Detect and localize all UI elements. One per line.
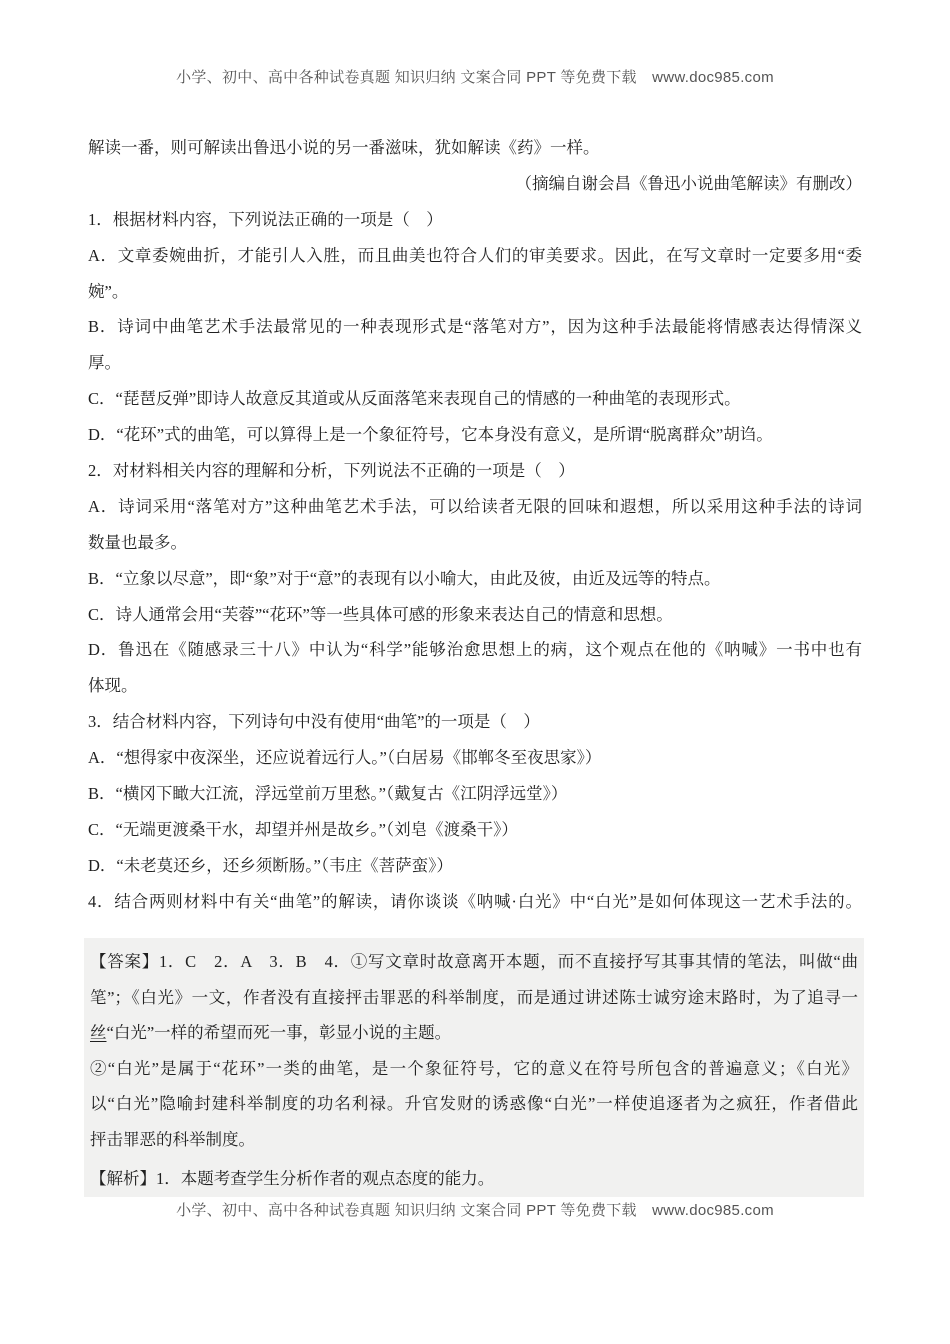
q2-option-a-line1: A．诗词采用“落笔对方”这种曲笔艺术手法，可以给读者无限的回味和遐想，所以采用这… — [88, 489, 862, 525]
q2-option-a-line2: 数量也最多。 — [88, 525, 862, 561]
q3-option-b: B．“横冈下瞰大江流，浮远堂前万里愁。”（戴复古《江阴浮远堂》） — [88, 776, 862, 812]
header-watermark: 小学、初中、高中各种试卷真题 知识归纳 文案合同 PPT 等免费下载 www.d… — [0, 66, 950, 87]
footer-watermark: 小学、初中、高中各种试卷真题 知识归纳 文案合同 PPT 等免费下载 www.d… — [0, 1199, 950, 1220]
analysis-line: 【解析】1．本题考查学生分析作者的观点态度的能力。 — [90, 1161, 858, 1197]
source-attribution: （摘编自谢会昌《鲁迅小说曲笔解读》有删改） — [88, 166, 862, 202]
intro-line: 解读一番，则可解读出鲁迅小说的另一番滋味，犹如解读《药》一样。 — [88, 130, 862, 166]
q2-option-d-line2: 体现。 — [88, 668, 862, 704]
q1-option-a-line1: A．文章委婉曲折，才能引人入胜，而且曲美也符合人们的审美要求。因此，在写文章时一… — [88, 238, 862, 274]
q1-option-b-line2: 厚。 — [88, 345, 862, 381]
q3-option-d: D．“未老莫还乡，还乡须断肠。”（韦庄《菩萨蛮》） — [88, 848, 862, 884]
q4-stem: 4．结合两则材料中有关“曲笔”的解读，请你谈谈《呐喊·白光》中“白光”是如何体现… — [88, 884, 862, 920]
q2-option-b: B．“立象以尽意”，即“象”对于“意”的表现有以小喻大，由此及彼，由近及远等的特… — [88, 561, 862, 597]
answer-line-1: 【答案】1．C 2．A 3．B 4．①写文章时故意离开本题，而不直接抒写其事其情… — [90, 944, 858, 980]
answer-line-3-rest: “白光”一样的希望而死一事，彰显小说的主题。 — [107, 1023, 452, 1042]
q2-stem: 2．对材料相关内容的理解和分析，下列说法不正确的一项是（ ） — [88, 453, 862, 489]
q1-option-b-line1: B．诗词中曲笔艺术手法最常见的一种表现形式是“落笔对方”，因为这种手法最能将情感… — [88, 309, 862, 345]
answer-block: 【答案】1．C 2．A 3．B 4．①写文章时故意离开本题，而不直接抒写其事其情… — [84, 938, 864, 1197]
answer-line-3: 丝“白光”一样的希望而死一事，彰显小说的主题。 — [90, 1015, 858, 1051]
answer-line-2: 笔”；《白光》一文，作者没有直接抨击罪恶的科举制度，而是通过讲述陈士诚穷途末路时… — [90, 980, 858, 1016]
q1-stem: 1．根据材料内容，下列说法正确的一项是（ ） — [88, 202, 862, 238]
document-body: 解读一番，则可解读出鲁迅小说的另一番滋味，犹如解读《药》一样。 （摘编自谢会昌《… — [88, 130, 862, 920]
q2-option-c: C．诗人通常会用“芙蓉”“花环”等一些具体可感的形象来表达自己的情意和思想。 — [88, 597, 862, 633]
q2-option-d-line1: D．鲁迅在《随感录三十八》中认为“科学”能够治愈思想上的病，这个观点在他的《呐喊… — [88, 632, 862, 668]
underlined-char: 丝 — [90, 1023, 107, 1042]
q1-option-a-line2: 婉”。 — [88, 274, 862, 310]
q1-option-c: C．“琵琶反弹”即诗人故意反其道或从反面落笔来表现自己的情感的一种曲笔的表现形式… — [88, 381, 862, 417]
q3-stem: 3．结合材料内容，下列诗句中没有使用“曲笔”的一项是（ ） — [88, 704, 862, 740]
answer-line-6: 抨击罪恶的科举制度。 — [90, 1122, 858, 1158]
answer-line-5: 以“白光”隐喻封建科举制度的功名利禄。升官发财的诱惑像“白光”一样使追逐者为之疯… — [90, 1086, 858, 1122]
answer-line-4: ②“白光”是属于“花环”一类的曲笔，是一个象征符号，它的意义在符号所包含的普遍意… — [90, 1051, 858, 1087]
q1-option-d: D．“花环”式的曲笔，可以算得上是一个象征符号，它本身没有意义，是所谓“脱离群众… — [88, 417, 862, 453]
q3-option-c: C．“无端更渡桑干水，却望并州是故乡。”（刘皂《渡桑干》） — [88, 812, 862, 848]
document-page: 小学、初中、高中各种试卷真题 知识归纳 文案合同 PPT 等免费下载 www.d… — [0, 0, 950, 1344]
q3-option-a: A．“想得家中夜深坐，还应说着远行人。”（白居易《邯郸冬至夜思家》） — [88, 740, 862, 776]
